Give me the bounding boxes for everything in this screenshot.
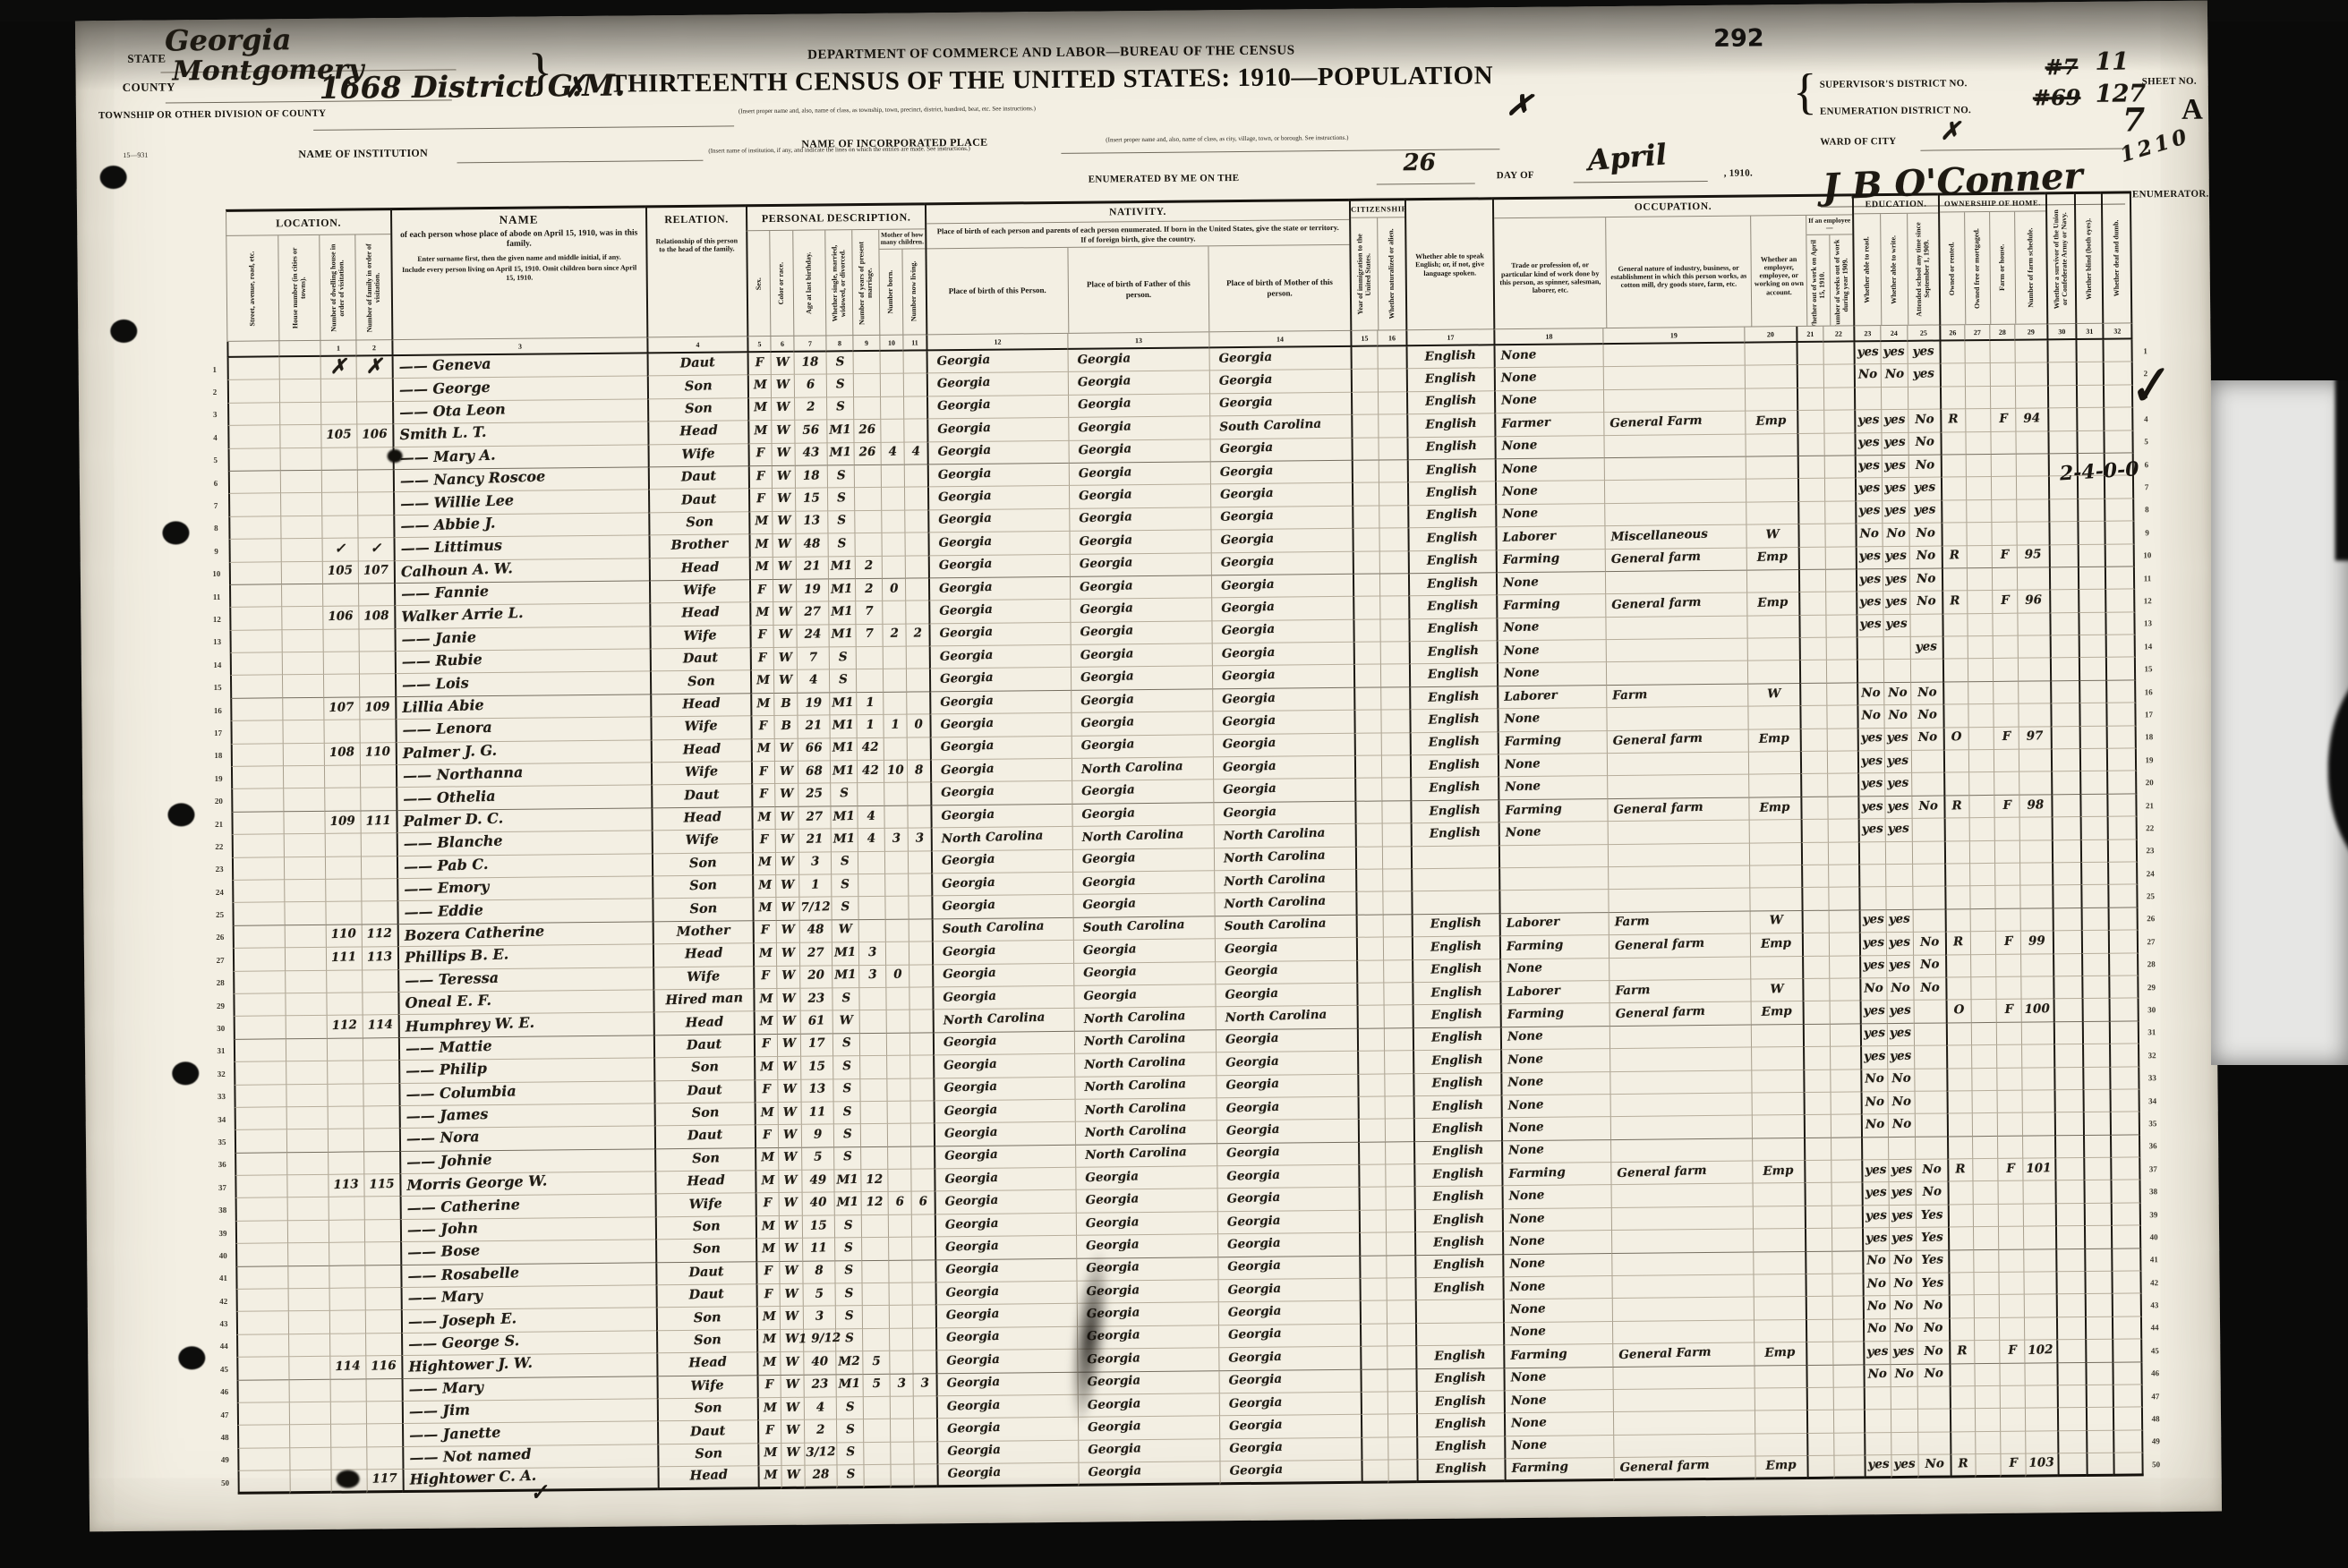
record-cell <box>912 1283 935 1306</box>
cell-text: W <box>780 763 794 779</box>
record-cell: yes <box>1858 819 1885 842</box>
cell-text: English <box>1434 1279 1486 1295</box>
record-cell: Emp <box>1745 411 1797 434</box>
record-cell: M <box>752 898 775 921</box>
record-cell: Son <box>648 512 748 535</box>
cell-text: yes <box>1866 1231 1888 1246</box>
record-cell: English <box>1412 936 1499 959</box>
record-cell: None <box>1496 572 1605 596</box>
record-cell <box>234 1061 286 1085</box>
record-cell: W <box>778 1171 801 1194</box>
record-cell: 0 <box>885 965 909 988</box>
cell-text: No <box>1916 548 1935 563</box>
record-cell <box>2077 522 2104 545</box>
record-cell <box>1381 779 1410 802</box>
cell-text: Farming <box>1499 733 1562 749</box>
cell-text: Palmer D. C. <box>397 809 503 830</box>
cell-text: 1 <box>891 717 900 731</box>
age-header: Age at last birthday. <box>792 230 825 336</box>
record-cell: None <box>1497 708 1606 732</box>
record-cell: Georgia <box>931 895 1072 919</box>
record-cell <box>1746 502 1797 525</box>
cell-text: 1 <box>212 365 217 374</box>
record-cell <box>1606 661 1747 686</box>
cell-text: M <box>762 1309 775 1324</box>
cell-text: M <box>759 991 773 1005</box>
record-cell: —— Ota Leon <box>392 399 647 424</box>
cell-text: S <box>844 1308 853 1323</box>
record-cell: —— Eddie <box>397 899 652 925</box>
cell-text: 115 <box>370 1177 396 1192</box>
cell-text: W <box>1767 686 1781 702</box>
record-cell <box>1752 1093 1804 1116</box>
record-cell <box>282 698 323 721</box>
cell-text: Georgia <box>1073 873 1136 890</box>
record-cell: 2 <box>855 579 882 602</box>
record-cell <box>2051 727 2079 750</box>
record-cell: No <box>1917 1296 1949 1319</box>
cell-text: No <box>1891 1117 1911 1132</box>
cell-text: None <box>1502 1097 1543 1113</box>
record-cell: English <box>1413 1141 1501 1164</box>
cell-text: Georgia <box>1072 669 1134 685</box>
ward-rule <box>1920 148 2126 150</box>
record-cell: 105 <box>322 561 358 584</box>
record-cell: English <box>1413 1163 1501 1187</box>
record-cell: Georgia <box>933 1077 1074 1101</box>
record-cell <box>1973 1227 1998 1250</box>
cell-text: W <box>780 787 794 802</box>
out-of-work-header: Whether out of work on April 15, 1910. <box>1806 234 1830 329</box>
record-cell <box>2104 499 2134 522</box>
column-number: 9 <box>852 336 879 352</box>
cell-text: Morris George W. <box>401 1172 547 1195</box>
cell-text: Georgia <box>938 1465 1001 1481</box>
cell-text: English <box>1426 507 1478 523</box>
record-cell <box>1965 387 1990 410</box>
record-cell: W <box>771 398 794 422</box>
record-cell: R <box>1950 1454 1975 1478</box>
cell-text: yes <box>1858 457 1881 473</box>
line-number: 15 <box>205 676 230 699</box>
cell-text: 10 <box>887 763 904 778</box>
record-cell: M1 <box>827 443 854 466</box>
cell-text: yes <box>1862 912 1884 927</box>
record-cell <box>1804 1093 1831 1116</box>
record-cell: English <box>1415 1345 1503 1368</box>
cell-text: 21 <box>215 819 223 828</box>
record-cell <box>2019 886 2052 909</box>
cell-text: Smith L. T. <box>394 423 487 443</box>
record-cell <box>883 692 906 715</box>
cell-text: Wife <box>687 968 721 984</box>
record-cell <box>230 676 282 699</box>
record-cell: Georgia <box>1209 347 1351 371</box>
record-cell <box>283 766 324 789</box>
cell-text: 114 <box>336 1359 362 1374</box>
cell-text: English <box>1431 1052 1483 1069</box>
cell-text: 108 <box>363 609 389 624</box>
record-cell <box>1610 1138 1752 1163</box>
township-note: (Insert proper name and, also, name of c… <box>739 103 1240 115</box>
record-cell <box>910 1124 934 1147</box>
cell-text: Head <box>687 1172 725 1189</box>
record-cell: No <box>1881 364 1908 388</box>
line-number: 50 <box>213 1471 238 1495</box>
record-cell: M1 <box>828 557 855 580</box>
cell-text: Bozera Catherine <box>398 922 544 944</box>
record-cell: Georgia <box>926 350 1068 374</box>
record-cell <box>279 379 320 403</box>
cell-text: —— Lois <box>397 674 469 694</box>
record-cell: Daut <box>650 648 750 671</box>
record-cell: Georgia <box>934 1145 1075 1169</box>
cell-text: 8 <box>214 524 218 533</box>
district-brace: { <box>1792 64 1817 121</box>
cell-text: yes <box>1865 1185 1887 1200</box>
record-cell <box>907 737 930 761</box>
enumeration-day: 26 <box>1403 149 1435 176</box>
record-cell <box>1831 1160 1861 1183</box>
line-number: 3 <box>202 404 227 427</box>
record-cell <box>1603 366 1745 390</box>
record-cell: 3 <box>803 1307 835 1330</box>
record-cell <box>2023 1249 2055 1273</box>
record-cell <box>321 493 357 516</box>
record-cell: None <box>1502 1208 1611 1232</box>
record-cell: W <box>781 1466 804 1489</box>
cell-text: English <box>1429 756 1481 772</box>
cell-text: Emp <box>1759 731 1790 746</box>
record-cell: Georgia <box>1218 1325 1360 1349</box>
record-cell <box>1942 568 1967 592</box>
record-cell: —— Mary A. <box>393 445 648 470</box>
cell-text: Georgia <box>1069 396 1131 413</box>
industry-header: General nature of industry, business, or… <box>1605 217 1751 330</box>
cell-text: R <box>1950 593 1960 608</box>
cell-text: W <box>1765 527 1780 542</box>
record-cell: yes <box>1889 1182 1916 1206</box>
record-cell <box>361 901 397 925</box>
record-cell: S <box>832 1034 859 1057</box>
record-cell <box>1806 1319 1832 1342</box>
record-cell: 13 <box>795 511 827 534</box>
record-cell <box>2016 499 2048 523</box>
cell-text: 35 <box>2148 1119 2156 1128</box>
record-cell <box>2076 430 2103 454</box>
record-cell <box>230 698 282 721</box>
cell-text: English <box>1430 939 1482 955</box>
cell-text: 98 <box>2027 797 2044 813</box>
record-cell <box>1917 1386 1950 1410</box>
record-cell: Son <box>656 1330 756 1353</box>
record-cell <box>1949 1296 1974 1319</box>
record-cell <box>288 1334 329 1358</box>
record-cell: Georgia <box>931 849 1072 873</box>
record-cell <box>1832 1342 1863 1366</box>
record-cell <box>907 805 930 829</box>
record-cell <box>362 993 397 1016</box>
record-cell <box>1912 887 1944 910</box>
record-cell <box>1827 729 1857 752</box>
record-cell: S <box>834 1215 861 1239</box>
record-cell: Georgia <box>935 1304 1077 1328</box>
record-cell: 8 <box>802 1261 834 1284</box>
children-living-header: Number now living. <box>901 249 926 335</box>
cell-text: North Carolina <box>1215 894 1326 912</box>
record-cell: English <box>1410 732 1498 755</box>
record-cell <box>228 448 280 472</box>
cell-text: Georgia <box>937 1375 1000 1391</box>
record-cell <box>859 1034 886 1057</box>
cell-text: 2 <box>864 558 873 573</box>
cell-text: Georgia <box>1212 600 1275 616</box>
cell-text: M1 <box>832 718 855 733</box>
record-cell: W <box>774 738 798 762</box>
record-cell: 3 <box>913 1374 936 1397</box>
cell-text: 0 <box>890 581 899 595</box>
record-cell <box>888 1214 911 1238</box>
record-cell <box>1970 977 1995 1001</box>
nativity-group-header: NATIVITY. Place of birth of each person … <box>925 199 1350 336</box>
record-cell: 4 <box>904 442 927 465</box>
record-cell <box>366 1424 402 1447</box>
record-cell <box>1946 1045 1971 1069</box>
cell-text: M <box>760 1150 773 1164</box>
record-cell <box>910 1169 934 1192</box>
cell-text: North Carolina <box>933 829 1044 847</box>
record-cell: Daut <box>653 1035 754 1058</box>
record-cell <box>1971 1068 1996 1091</box>
record-cell <box>1607 753 1748 777</box>
record-cell: No <box>1886 978 1913 1001</box>
record-cell: English <box>1407 459 1495 482</box>
record-cell <box>1972 1113 1997 1137</box>
record-cell <box>1752 1115 1804 1138</box>
record-cell <box>321 470 357 493</box>
record-cell: 2 <box>794 397 826 421</box>
record-cell: None <box>1504 1412 1613 1436</box>
record-cell: —— George S. <box>401 1331 656 1356</box>
record-cell <box>1359 1256 1386 1279</box>
record-cell: —— Bose <box>400 1240 655 1265</box>
record-cell <box>1803 1001 1830 1025</box>
line-number: 47 <box>2143 1385 2168 1408</box>
cell-text: 10 <box>212 569 220 578</box>
cell-text: Son <box>688 855 716 871</box>
cell-text: Georgia <box>1070 487 1132 503</box>
record-cell <box>328 1106 363 1129</box>
record-cell: Georgia <box>930 781 1072 805</box>
record-cell <box>2079 726 2106 749</box>
cell-text: Daut <box>689 1286 725 1302</box>
cell-text: No <box>1860 526 1880 541</box>
record-cell <box>1611 1184 1753 1208</box>
cell-text: North Carolina <box>1215 848 1326 866</box>
cell-text: General farm <box>1614 1458 1710 1476</box>
record-cell <box>1830 1024 1860 1047</box>
record-cell: yes <box>1856 547 1883 570</box>
record-cell <box>1942 614 1967 637</box>
record-cell <box>1970 909 1995 933</box>
cell-text: English <box>1432 1097 1484 1113</box>
record-cell <box>2081 953 2108 976</box>
cell-text: English <box>1429 780 1481 796</box>
record-cell <box>2107 839 2138 863</box>
cell-text: W <box>776 446 790 461</box>
record-cell: yes <box>1908 500 1941 524</box>
cell-text: None <box>1504 1279 1545 1295</box>
cell-text: Farming <box>1501 1006 1564 1022</box>
record-cell <box>1387 1369 1415 1393</box>
record-cell <box>910 1101 934 1124</box>
record-cell: S <box>834 1238 861 1261</box>
record-cell: 5 <box>862 1351 889 1375</box>
record-cell <box>284 856 325 880</box>
record-cell <box>1803 1047 1830 1070</box>
birthplace-father-header: Place of birth of Father of this person. <box>1067 247 1209 333</box>
record-cell: Georgia <box>930 736 1072 760</box>
record-cell <box>1379 483 1407 507</box>
record-cell: Georgia <box>927 486 1069 510</box>
record-cell <box>1833 1433 1864 1456</box>
record-cell <box>2051 749 2079 772</box>
record-cell <box>912 1328 935 1351</box>
cell-text: No <box>1915 457 1934 473</box>
record-cell <box>361 856 397 880</box>
record-cell <box>1824 456 1855 479</box>
record-cell: English <box>1408 618 1496 642</box>
record-cell <box>911 1260 935 1283</box>
record-cell <box>1755 1410 1806 1434</box>
record-cell: M <box>750 694 773 717</box>
record-cell <box>1945 977 1970 1001</box>
cell-text: F <box>2003 933 2012 948</box>
cell-text: S <box>837 514 846 528</box>
record-cell: 15 <box>795 489 827 512</box>
record-cell <box>1968 750 1994 773</box>
cell-text: yes <box>1857 413 1880 428</box>
record-cell: No <box>1857 683 1883 706</box>
record-cell: W <box>773 670 797 694</box>
record-cell <box>1968 704 1993 728</box>
record-cell <box>2103 408 2133 431</box>
line-number: 34 <box>209 1108 235 1131</box>
record-cell <box>329 1197 364 1221</box>
record-cell <box>2054 1180 2083 1204</box>
record-cell <box>889 1351 912 1375</box>
record-cell: —— Janie <box>394 626 649 652</box>
cell-text: 32 <box>2148 1051 2156 1060</box>
cell-text: yes <box>1864 1049 1886 1064</box>
record-cell: Emp <box>1746 548 1798 571</box>
column-number: 24 <box>1880 326 1907 342</box>
cell-text: —— Philip <box>400 1060 487 1079</box>
record-cell <box>2111 1248 2141 1272</box>
cell-text: 32 <box>218 1069 226 1078</box>
record-cell <box>366 1447 402 1470</box>
record-cell <box>235 1266 287 1290</box>
record-cell: F <box>753 967 776 990</box>
record-cell: 27 <box>799 943 832 967</box>
record-cell: Laborer <box>1499 981 1609 1005</box>
record-cell <box>1381 733 1410 756</box>
record-cell: 7/12 <box>798 898 831 921</box>
record-cell <box>2113 1385 2143 1408</box>
cell-text: Farming <box>1499 801 1562 817</box>
line-number: 2 <box>202 380 227 404</box>
record-cell <box>907 783 930 806</box>
record-cell: 109 <box>324 811 360 834</box>
cell-text: None <box>1501 960 1542 976</box>
institution-label: NAME OF INSTITUTION <box>298 145 428 162</box>
record-cell <box>909 987 932 1010</box>
cell-text: Farming <box>1498 551 1560 567</box>
record-cell <box>1831 1274 1862 1297</box>
record-cell: W <box>779 1193 802 1216</box>
record-cell: M <box>756 1216 779 1240</box>
cell-text: M <box>757 809 771 823</box>
cell-text: 101 <box>2027 1161 2053 1176</box>
cell-text: 6 <box>895 1195 904 1209</box>
record-cell: yes <box>1910 637 1942 660</box>
cell-text: English <box>1426 439 1478 455</box>
cell-text: Son <box>695 1445 722 1461</box>
farm-schedule-header: Number of farm schedule. <box>2014 211 2046 323</box>
cell-text: 103 <box>2029 1455 2055 1470</box>
cell-text: yes <box>1884 457 1907 473</box>
record-cell: F <box>1997 1159 2022 1182</box>
cell-text: F <box>756 469 765 483</box>
record-cell: F <box>1996 1000 2021 1023</box>
cell-text: None <box>1505 1301 1546 1317</box>
record-cell: F <box>1994 727 2019 750</box>
record-cell: W <box>779 1261 802 1284</box>
cell-text: Georgia <box>938 1443 1001 1459</box>
cell-text: R <box>1959 1456 1969 1470</box>
cell-text: North Carolina <box>1072 759 1183 777</box>
record-cell <box>1380 710 1409 733</box>
cell-text: Georgia <box>936 1261 999 1277</box>
record-cell <box>230 652 282 676</box>
record-cell: English <box>1408 550 1496 574</box>
record-cell <box>1967 545 1992 568</box>
record-cell: Brother <box>649 534 749 558</box>
cell-text: Son <box>691 1104 719 1121</box>
cell-text: W <box>785 1400 799 1415</box>
record-cell <box>323 675 359 698</box>
record-cell <box>329 1288 365 1311</box>
cell-text: 117 <box>372 1471 398 1487</box>
record-cell <box>2050 681 2079 704</box>
cell-text: Hightower C. A. <box>404 1467 536 1488</box>
record-cell: yes <box>1854 433 1881 456</box>
line-number: 46 <box>2142 1362 2167 1385</box>
record-cell: English <box>1413 1119 1501 1142</box>
record-cell <box>323 720 359 744</box>
record-cell <box>1858 865 1885 888</box>
line-number: 9 <box>204 540 229 563</box>
line-number: 42 <box>211 1290 236 1313</box>
cell-text: 94 <box>2023 411 2040 426</box>
record-cell <box>911 1238 935 1261</box>
cell-text: Emp <box>1761 936 1792 951</box>
record-cell: Georgia <box>935 1327 1077 1351</box>
record-cell <box>889 1306 912 1329</box>
record-cell <box>1966 477 1991 500</box>
record-cell <box>2106 771 2137 795</box>
record-cell <box>235 1221 287 1244</box>
